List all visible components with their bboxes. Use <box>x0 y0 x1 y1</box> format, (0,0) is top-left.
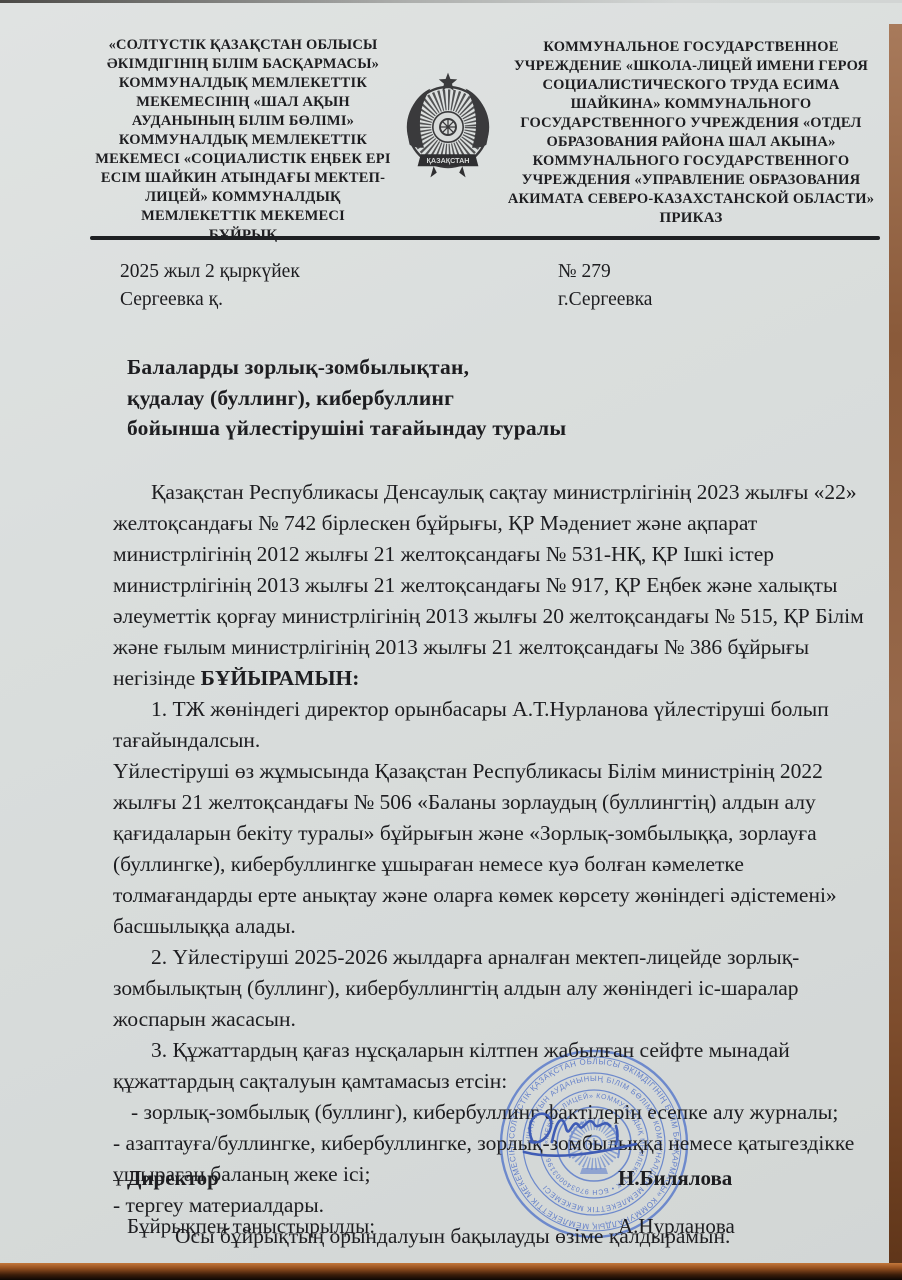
director-signature-ink <box>518 1100 670 1166</box>
director-label: Директор <box>127 1166 219 1190</box>
order-title-line: бойынша үйлестірушіні тағайындау туралы <box>127 413 566 444</box>
order-place-kazakh: Сергеевка қ. <box>120 286 840 314</box>
order-title-line: Балаларды зорлық-зомбылықтан, <box>127 352 566 383</box>
order-place-russian: г.Сергеевка <box>558 286 652 314</box>
order-document-photo: «СОЛТҮСТІК ҚАЗАҚСТАН ОБЛЫСЫ ӘКІМДІГІНІҢ … <box>0 0 902 1280</box>
order-verb: БҰЙЫРАМЫН: <box>201 666 360 690</box>
order-meta-right: № 279 г.Сергеевка <box>558 258 652 314</box>
preamble-paragraph: Қазақстан Республикасы Денсаулық сақтау … <box>113 477 883 694</box>
letterhead-org-kazakh: «СОЛТҮСТІК ҚАЗАҚСТАН ОБЛЫСЫ ӘКІМДІГІНІҢ … <box>86 30 400 245</box>
letterhead: «СОЛТҮСТІК ҚАЗАҚСТАН ОБЛЫСЫ ӘКІМДІГІНІҢ … <box>86 30 886 245</box>
order-body: Қазақстан Республикасы Денсаулық сақтау … <box>113 477 883 1252</box>
acknowledgement-row: Бұйрықпен таныстырылды: А.Нурланова <box>127 1214 827 1239</box>
order-title-line: қудалау (буллинг), кибербуллинг <box>127 383 566 414</box>
table-edge-right <box>889 24 902 1280</box>
acknowledgement-name: А.Нурланова <box>618 1214 735 1239</box>
order-meta: 2025 жыл 2 қыркүйек Сергеевка қ. № 279 г… <box>120 258 840 314</box>
kazakhstan-emblem-icon: ҚАЗАҚСТАН <box>400 30 496 204</box>
order-item-1-note: Үйлестіруші өз жұмысында Қазақстан Респу… <box>113 756 883 942</box>
director-name: Н.Билялова <box>618 1166 732 1191</box>
order-meta-left: 2025 жыл 2 қыркүйек Сергеевка қ. <box>120 258 840 314</box>
letterhead-org-russian: КОММУНАЛЬНОЕ ГОСУДАРСТВЕННОЕ УЧРЕЖДЕНИЕ … <box>496 30 886 228</box>
order-item-2: 2. Үйлестіруші 2025-2026 жылдарға арналғ… <box>113 942 883 1035</box>
org-name-russian: КОММУНАЛЬНОЕ ГОСУДАРСТВЕННОЕ УЧРЕЖДЕНИЕ … <box>508 39 874 207</box>
table-edge-bottom <box>0 1263 902 1280</box>
doc-type-russian: ПРИКАЗ <box>496 209 886 228</box>
photo-top-shadow <box>0 0 902 3</box>
emblem-banner-text: ҚАЗАҚСТАН <box>427 156 470 165</box>
order-date: 2025 жыл 2 қыркүйек <box>120 258 840 286</box>
order-item-3: 3. Құжаттардың қағаз нұсқаларын кілтпен … <box>113 1035 883 1097</box>
order-title: Балаларды зорлық-зомбылықтан, қудалау (б… <box>127 352 566 444</box>
order-number: № 279 <box>558 258 652 286</box>
director-signature-row: Директор Н.Билялова <box>127 1166 827 1191</box>
org-name-kazakh: «СОЛТҮСТІК ҚАЗАҚСТАН ОБЛЫСЫ ӘКІМДІГІНІҢ … <box>95 37 390 224</box>
order-item-3-bullet-1: - зорлық-зомбылық (буллинг), кибербуллин… <box>113 1097 883 1128</box>
order-item-1: 1. ТЖ жөніндегі директор орынбасары А.Т.… <box>113 694 883 756</box>
preamble-text: Қазақстан Республикасы Денсаулық сақтау … <box>113 480 864 690</box>
acknowledgement-label: Бұйрықпен таныстырылды: <box>127 1214 375 1238</box>
header-divider <box>90 236 880 240</box>
